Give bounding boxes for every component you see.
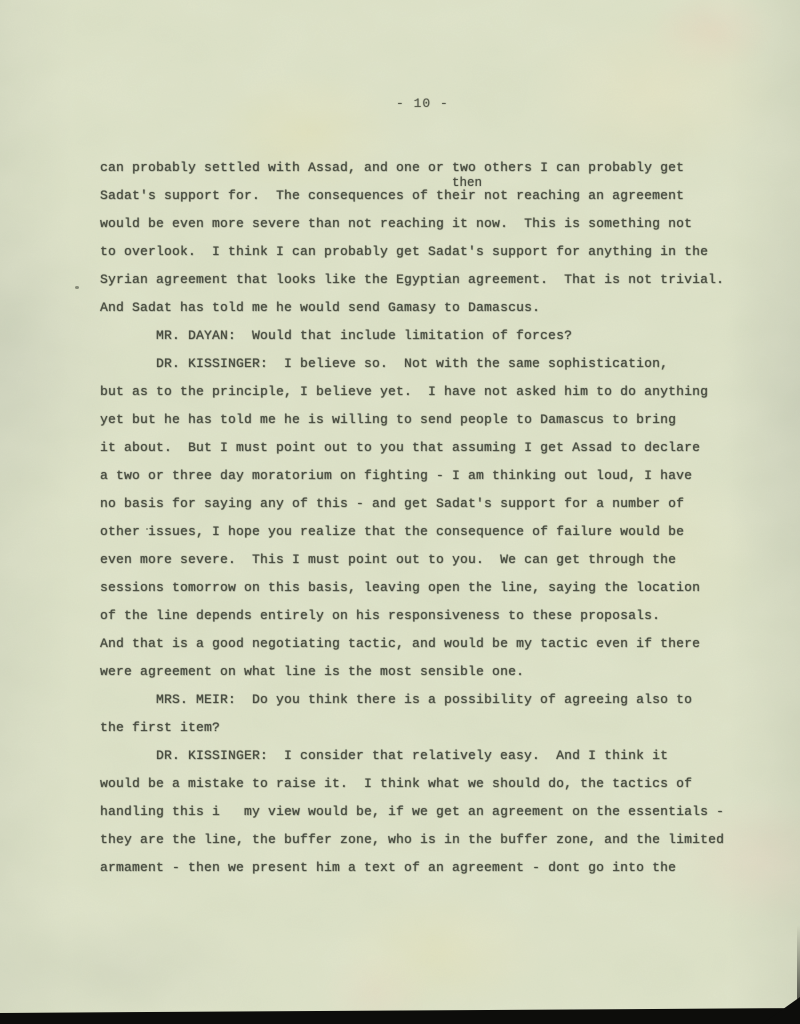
transcript-line: can probably settled with Assad, and one… bbox=[100, 154, 760, 182]
transcript-line: DR. KISSINGER: I consider that relativel… bbox=[100, 742, 760, 770]
transcript-line: it about. But I must point out to you th… bbox=[100, 434, 760, 462]
transcript-line: DR. KISSINGER: I believe so. Not with th… bbox=[100, 350, 760, 378]
transcript-line: other issues, I hope you realize that th… bbox=[100, 518, 760, 546]
transcript-line: would be even more severe than not reach… bbox=[100, 210, 760, 238]
paragraph: DR. KISSINGER: I believe so. Not with th… bbox=[100, 350, 760, 686]
transcript-line: Syrian agreement that looks like the Egy… bbox=[100, 266, 760, 294]
transcript-line: no basis for saying any of this - and ge… bbox=[100, 490, 760, 518]
typed-correction-insertion: then bbox=[452, 176, 482, 190]
paragraph: can probably settled with Assad, and one… bbox=[100, 154, 760, 322]
transcript-line: they are the line, the buffer zone, who … bbox=[100, 826, 760, 854]
transcript-line: even more severe. This I must point out … bbox=[100, 546, 760, 574]
transcript-line: the first item? bbox=[100, 714, 760, 742]
transcript-line: but as to the principle, I believe yet. … bbox=[100, 378, 760, 406]
paragraph: MR. DAYAN: Would that include limitation… bbox=[100, 322, 760, 350]
transcript-line: And that is a good negotiating tactic, a… bbox=[100, 630, 760, 658]
ink-speck bbox=[75, 286, 79, 289]
paragraph: DR. KISSINGER: I consider that relativel… bbox=[100, 742, 760, 882]
transcript-line: of the line depends entirely on his resp… bbox=[100, 602, 760, 630]
transcript-line: Sadat's support for. The consequences of… bbox=[100, 182, 760, 210]
transcript-text: can probably settled with Assad, and one… bbox=[100, 154, 760, 882]
transcript-line: handling this i my view would be, if we … bbox=[100, 798, 760, 826]
transcript-line: a two or three day moratorium on fightin… bbox=[100, 462, 760, 490]
transcript-line: MRS. MEIR: Do you think there is a possi… bbox=[100, 686, 760, 714]
transcript-line: MR. DAYAN: Would that include limitation… bbox=[100, 322, 760, 350]
transcript-line: would be a mistake to raise it. I think … bbox=[100, 770, 760, 798]
transcript-line: And Sadat has told me he would send Gama… bbox=[100, 294, 760, 322]
transcript-line: to overlook. I think I can probably get … bbox=[100, 238, 760, 266]
transcript-line: armament - then we present him a text of… bbox=[100, 854, 760, 882]
scanned-document-page: - 10 - can probably settled with Assad, … bbox=[0, 0, 800, 1024]
ink-speck bbox=[146, 528, 148, 530]
page-number: - 10 - bbox=[396, 96, 449, 111]
paragraph: MRS. MEIR: Do you think there is a possi… bbox=[100, 686, 760, 742]
transcript-line: sessions tomorrow on this basis, leaving… bbox=[100, 574, 760, 602]
transcript-line: were agreement on what line is the most … bbox=[100, 658, 760, 686]
transcript-line: yet but he has told me he is willing to … bbox=[100, 406, 760, 434]
